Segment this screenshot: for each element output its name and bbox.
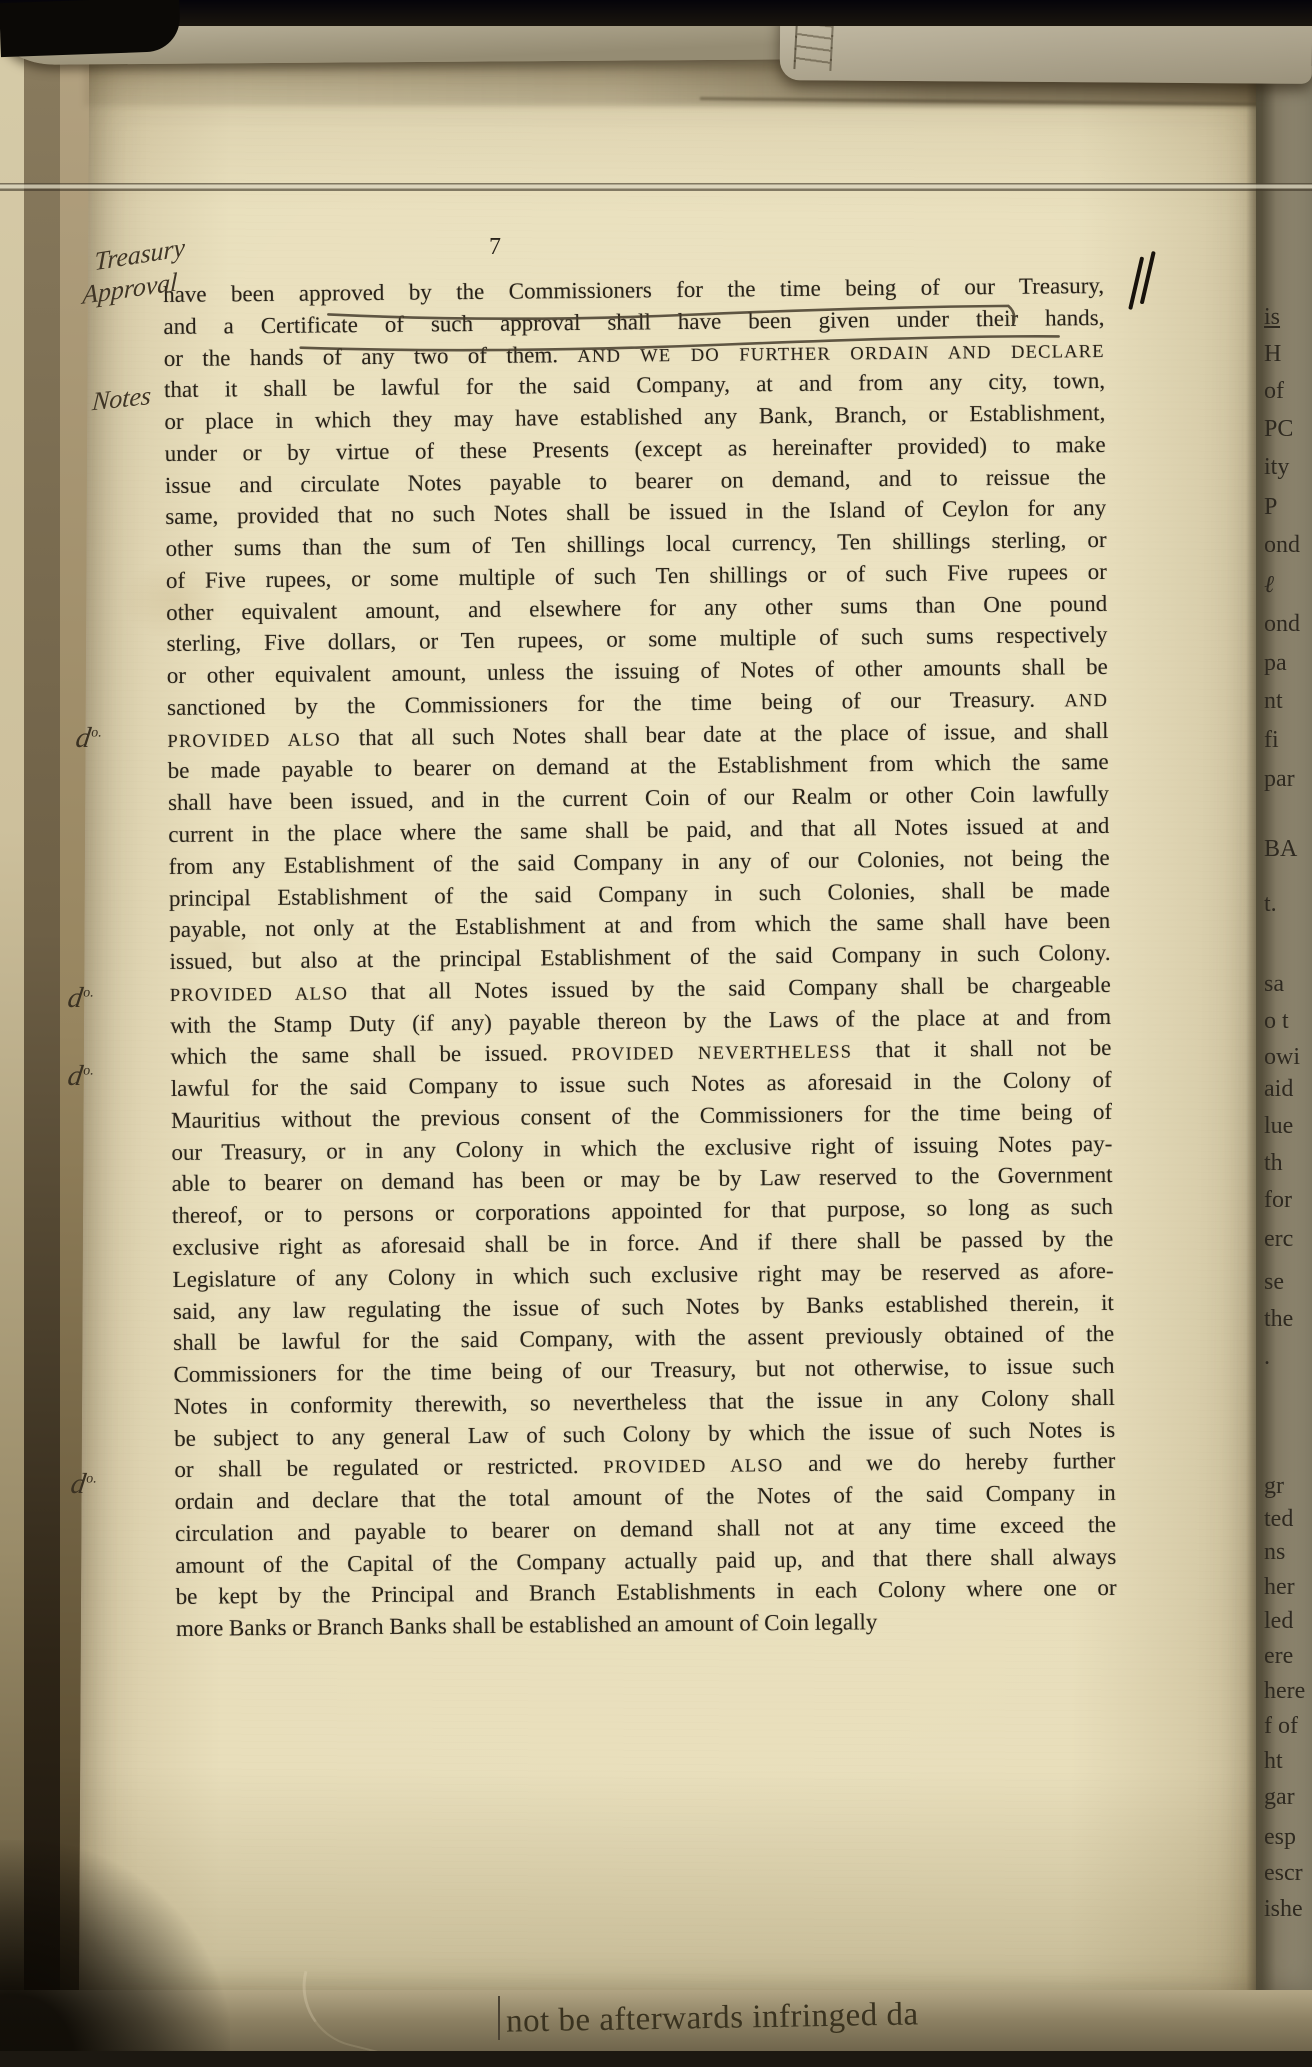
book-top-corner-shadow [0, 0, 181, 57]
facing-page-text-fragment: ere [1264, 1643, 1293, 1670]
facing-page-text-fragment: escr [1264, 1860, 1303, 1887]
facing-page-text-fragment: here [1264, 1678, 1305, 1705]
book-top-shadow [0, 0, 1312, 26]
facing-page-text-fragment: her [1264, 1574, 1295, 1601]
book-bottom-shadow [0, 2051, 1312, 2067]
facing-page-text-fragment: is [1264, 304, 1280, 331]
facing-page-text-fragment: ns [1264, 1539, 1285, 1566]
left-gutter-shadow [24, 0, 60, 2067]
page-number: 7 [489, 234, 501, 261]
facing-page-text-fragment: BA [1264, 836, 1297, 863]
facing-page-text-fragment: aid [1264, 1076, 1293, 1103]
facing-page-text-fragment: th [1264, 1150, 1283, 1177]
facing-page-text-fragment: ℓ [1264, 572, 1274, 599]
margin-note-notes: Notes [91, 381, 152, 418]
facing-page-text-fragment: P [1264, 494, 1277, 521]
body-text: have been approved by the Commissioners … [163, 270, 1117, 1645]
margin-ditto-mark: do. [69, 1468, 99, 1501]
facing-page-text-fragment: ond [1264, 611, 1300, 638]
facing-page-text-fragment: gar [1264, 1784, 1295, 1811]
facing-page-text-fragment: ity [1264, 454, 1289, 481]
facing-page-text-fragment: owi [1264, 1044, 1300, 1071]
facing-page-text-fragment: ond [1264, 532, 1300, 559]
facing-page-text-fragment: lue [1264, 1113, 1293, 1140]
facing-page-text-fragment: se [1264, 1269, 1284, 1296]
margin-ditto-mark: do. [74, 722, 104, 755]
scanner-glass-edge [0, 183, 1312, 191]
facing-page-text-fragment: t. [1264, 891, 1277, 918]
margin-ditto-mark: do. [66, 982, 96, 1015]
facing-page-text-fragment: for [1264, 1187, 1292, 1214]
facing-page-text-fragment: ted [1264, 1506, 1293, 1533]
facing-page-text-fragment: f of [1264, 1713, 1298, 1740]
facing-page-text-fragment: ishe [1264, 1896, 1303, 1923]
facing-page-text-fragment: the [1264, 1306, 1293, 1333]
facing-page-text-fragment: fi [1264, 727, 1279, 754]
facing-page-text-fragment: nt [1264, 688, 1283, 715]
bottom-gutter-shadow [0, 1840, 230, 2067]
book-photograph: 7 have been approved by the Commissioner… [0, 0, 1312, 2067]
facing-page-text-fragment: esp [1264, 1824, 1296, 1851]
facing-page-text-fragment: ht [1264, 1748, 1283, 1775]
facing-page-text-fragment: erc [1264, 1226, 1293, 1253]
left-page-stack-edge [0, 0, 24, 2067]
facing-page-text-fragment: PC [1264, 416, 1293, 443]
facing-page-text-fragment: led [1264, 1608, 1293, 1635]
facing-page-text-fragment: . [1264, 1344, 1270, 1371]
facing-page-text-fragment: sa [1264, 971, 1284, 998]
margin-ditto-mark: do. [66, 1060, 96, 1093]
facing-page-text-fragment: pa [1264, 650, 1287, 677]
page-edge-mark [498, 1996, 500, 2040]
facing-page-text-fragment: gr [1264, 1473, 1284, 1500]
facing-page-sliver: isHofPCityPondℓondpantfiparBAt.sao towia… [1256, 66, 1312, 1994]
lower-page-text-fragment: not be afterwards infringed da [506, 1996, 919, 2040]
facing-page-text-fragment: o t [1264, 1008, 1289, 1035]
facing-page-text-fragment: par [1264, 766, 1295, 793]
facing-page-text-fragment: H [1264, 341, 1281, 368]
facing-page-text-fragment: of [1264, 378, 1284, 405]
